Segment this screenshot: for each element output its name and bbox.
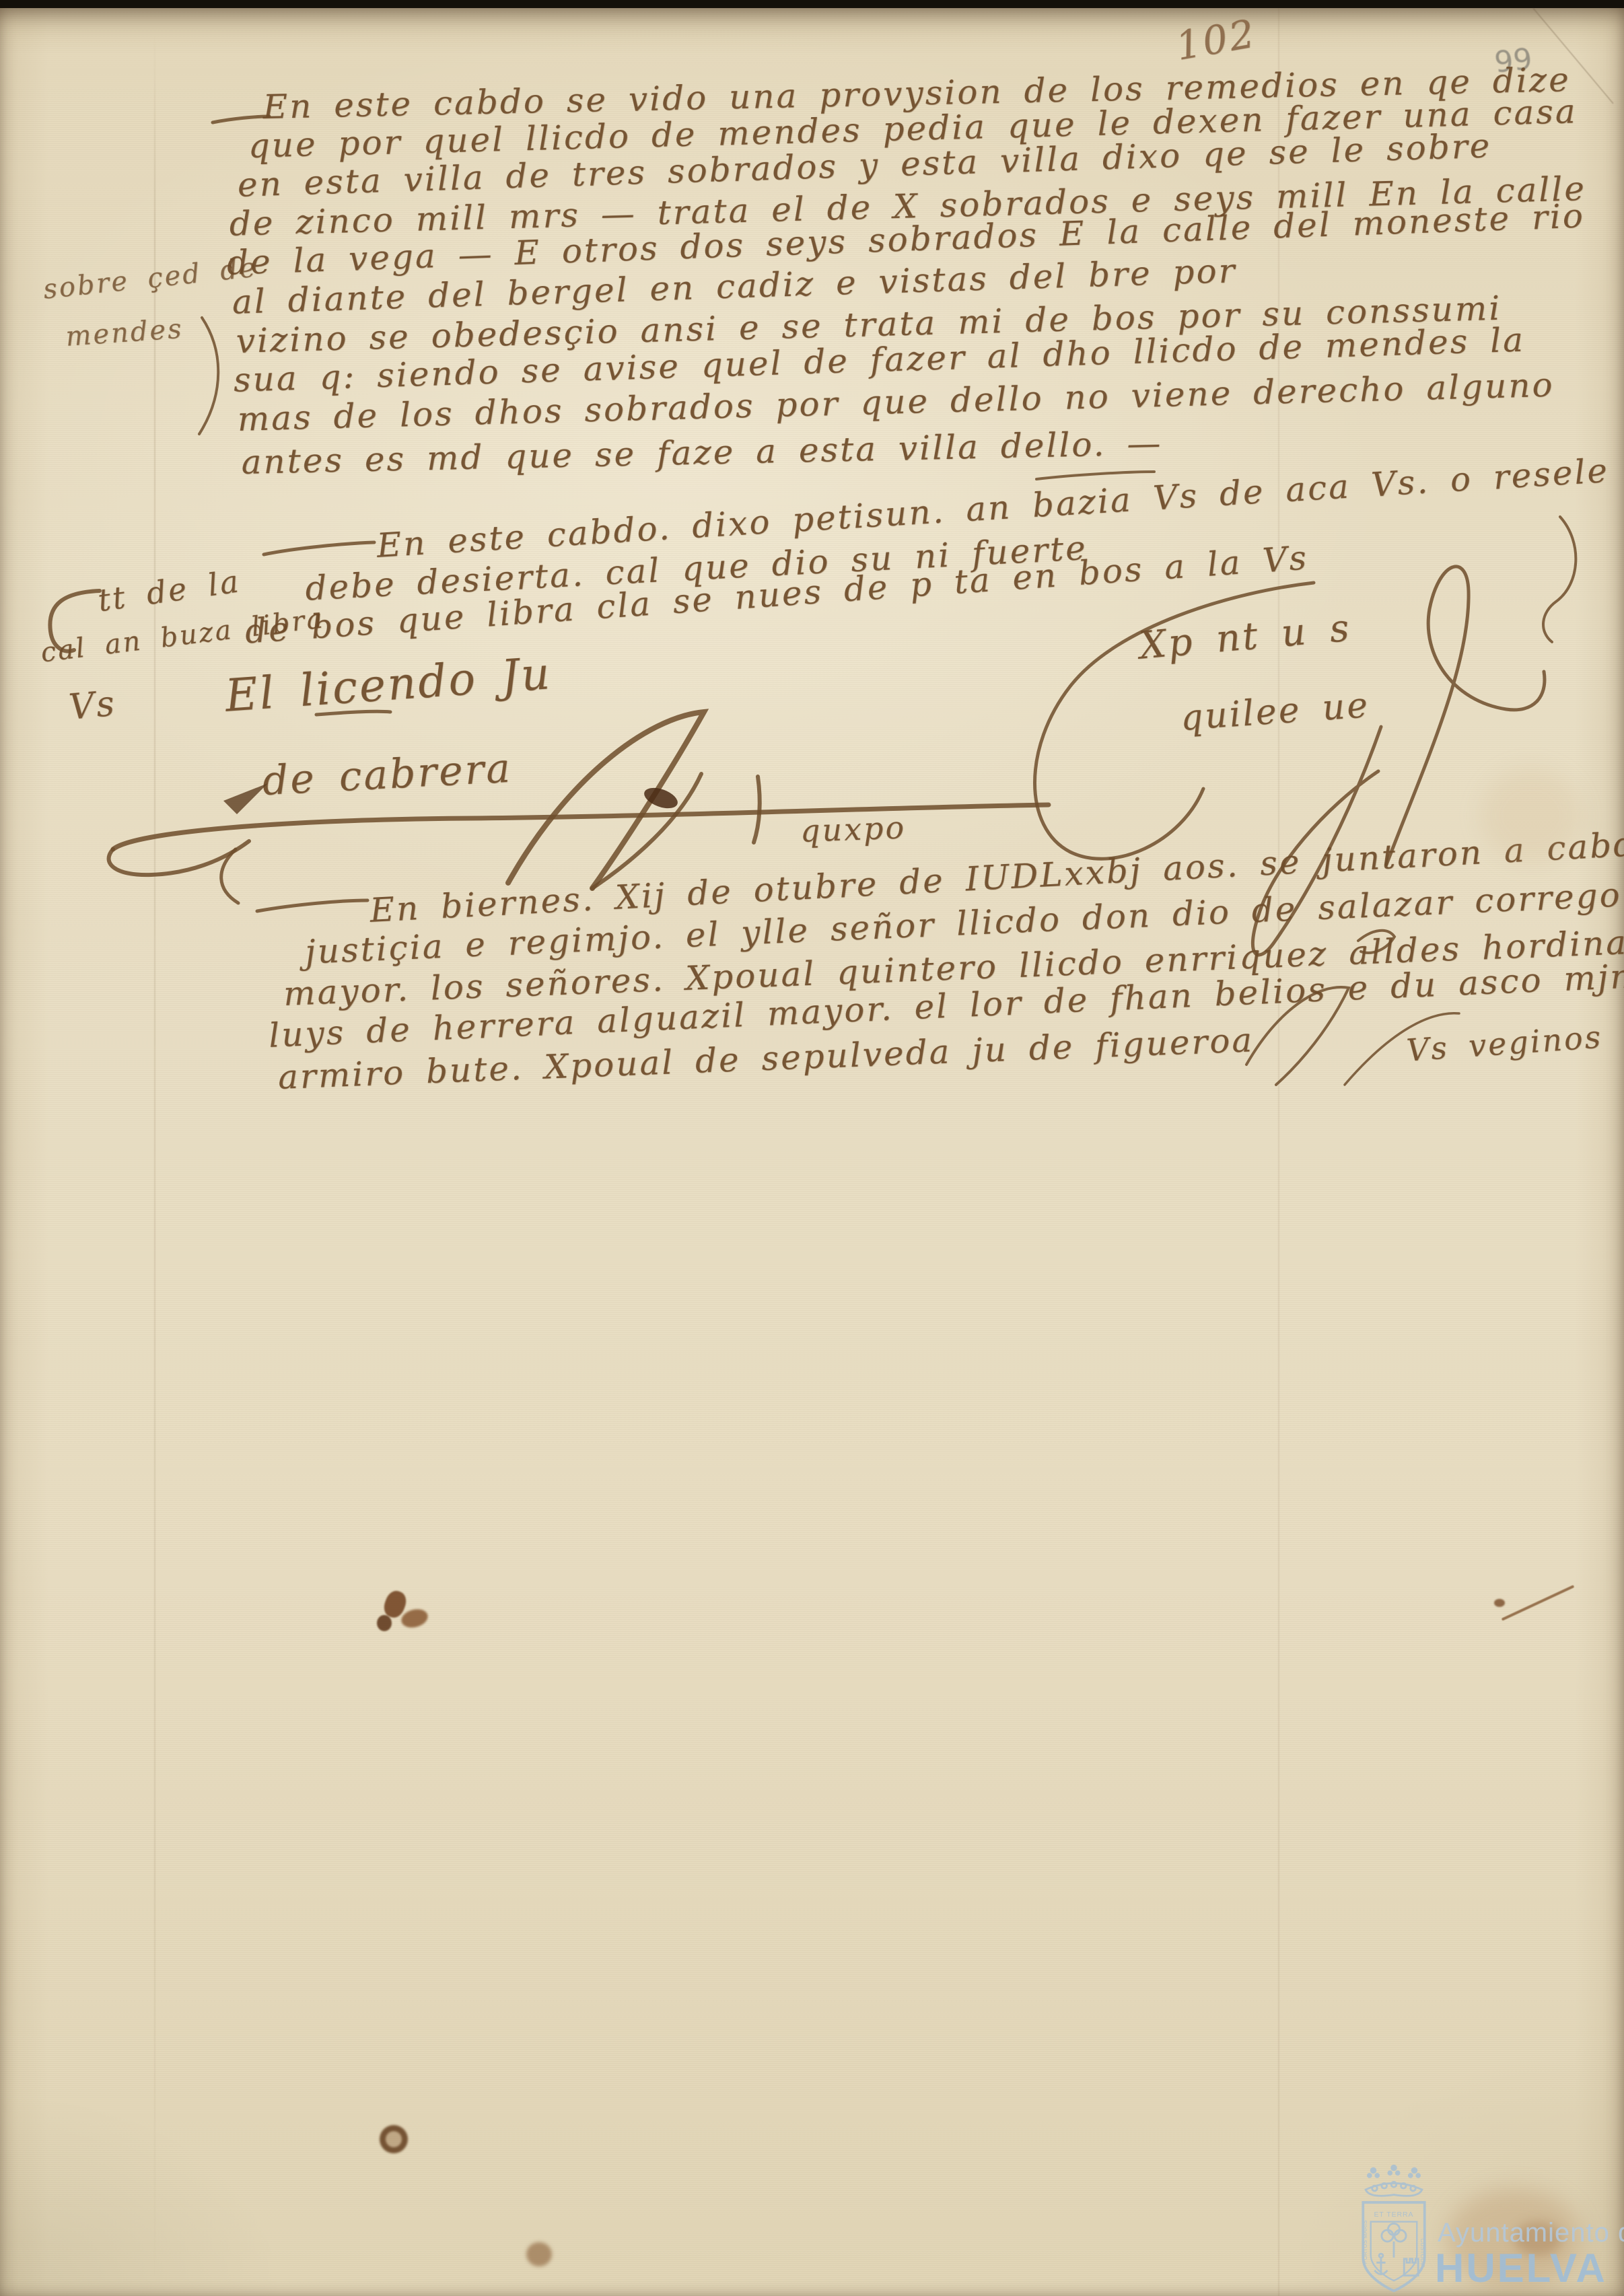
margin-note-line: mendes: [65, 314, 184, 353]
signature-left-line: El licendo Ju: [223, 647, 553, 722]
huelva-crest-watermark: ET TERRA PORTUS MARIS CUSTODIA: [1343, 2161, 1444, 2296]
manuscript-line-trailing: Vs veginos: [1405, 1019, 1604, 1069]
scratch-mark: [1502, 1585, 1575, 1620]
fold-line-left: [154, 35, 155, 2283]
ink-blot: [377, 1615, 392, 1631]
signature-right-line: Xp nt u s: [1137, 606, 1353, 668]
signature-left-line: de cabrera: [261, 745, 514, 805]
crest-motto-top: ET TERRA: [1374, 2211, 1413, 2219]
parchment-page: 102 99 sobre çed de mendes tt de la cal …: [0, 8, 1624, 2296]
ring-stain: [380, 2125, 408, 2153]
margin-note-line: tt de la: [96, 563, 242, 618]
margin-note-line: Vs: [67, 684, 118, 728]
watermark-city-name: HUELVA: [1435, 2245, 1607, 2291]
signature-right-line: quilee ue: [1179, 685, 1371, 738]
spot-stain: [526, 2242, 552, 2266]
large-stain: [1447, 2188, 1582, 2289]
ink-blot: [399, 1606, 429, 1630]
manuscript-scan-page: 102 99 sobre çed de mendes tt de la cal …: [0, 0, 1624, 2296]
folio-number-ink: 102: [1172, 10, 1260, 69]
watermark-org-name: Ayuntamiento de: [1438, 2218, 1624, 2248]
crest-motto-left: PORTUS MARIS: [1362, 2220, 1368, 2264]
crest-motto-right: CUSTODIA: [1419, 2238, 1426, 2268]
scratch-mark: [1494, 1599, 1505, 1607]
ink-blot: [381, 1588, 409, 1620]
large-stain: [1514, 2222, 1561, 2256]
cross-note: quxpo: [800, 810, 907, 849]
